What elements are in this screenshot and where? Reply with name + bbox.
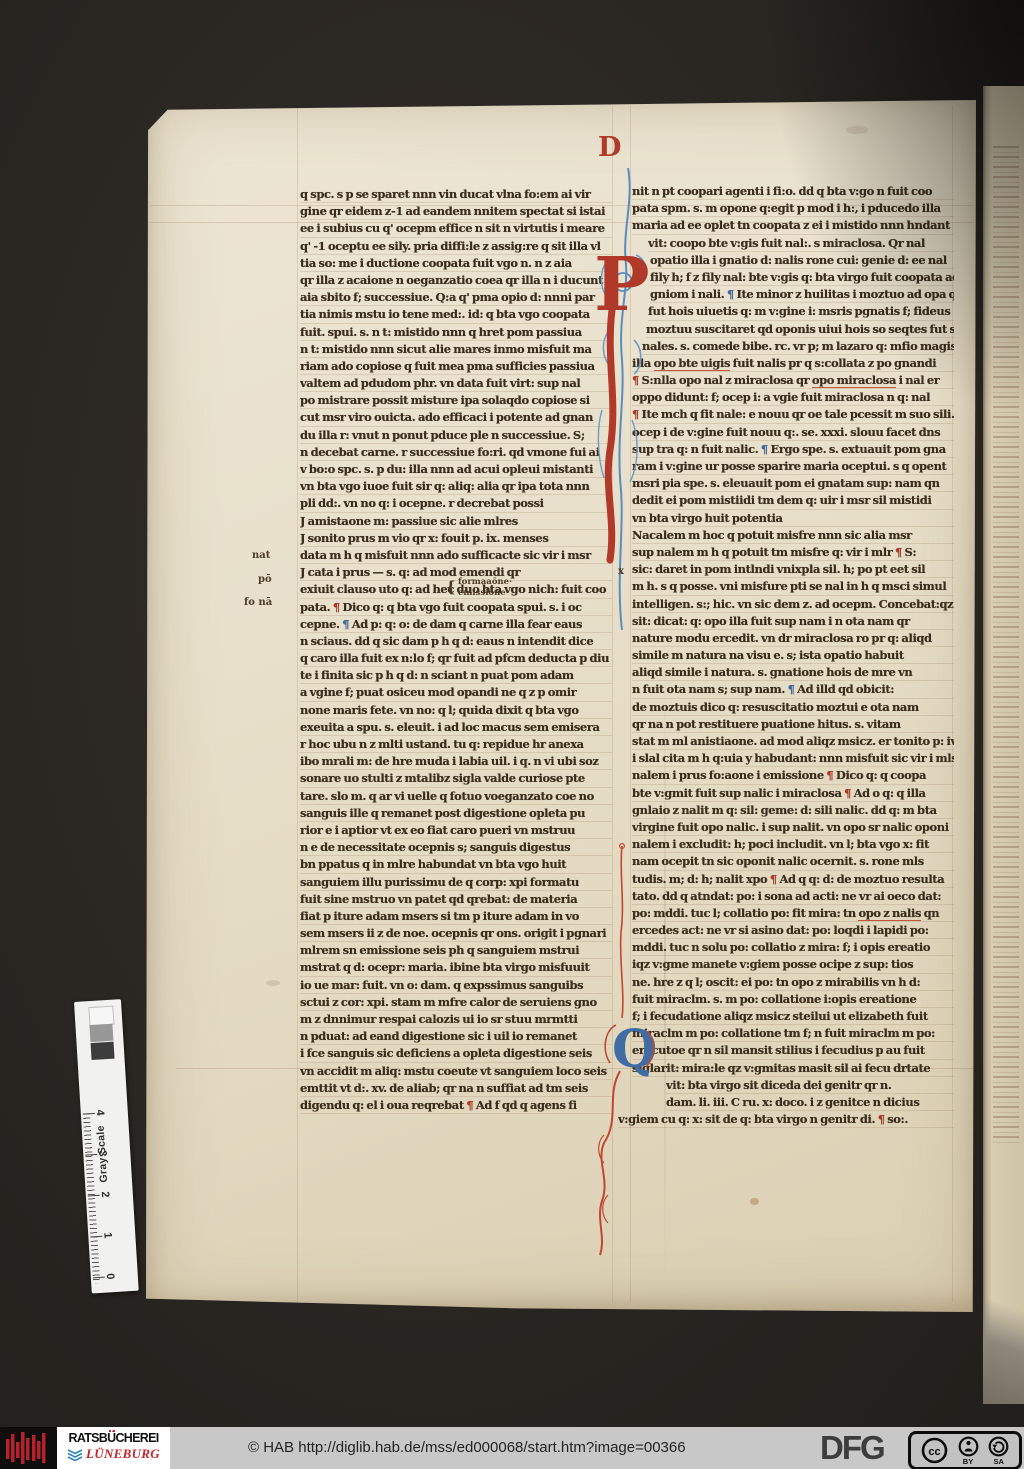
manuscript-text-line: fuit miraclm. s. m po: collatione i:opis… xyxy=(632,991,954,1008)
grayscale-label: Gray Scale xyxy=(91,1064,110,1183)
margin-note-fona: fo nā xyxy=(244,597,272,608)
manuscript-text-line: msri pia spe. s. eleuauit pom ei gnatam … xyxy=(632,475,954,492)
manuscript-text-line: n decebat carne. r successiue fo:ri. qd … xyxy=(300,444,612,461)
manuscript-text-line: i fce sanguis sic deficiens a opleta dig… xyxy=(300,1045,612,1062)
manuscript-text-line: n sciaus. dd q sic dam p h q d: eaus n i… xyxy=(300,633,612,650)
manuscript-text-line: te i finita sic p h q d: n sciant n puat… xyxy=(300,667,612,684)
manuscript-text-line: sup nalem m h q potuit tm misfre q: vir … xyxy=(632,544,954,561)
text-column-right: nit n pt coopari agenti i fi:o. dd q bta… xyxy=(632,183,954,1128)
manuscript-text-line: tare. slo m. q ar vi uelle q fotuo voega… xyxy=(300,788,612,805)
manuscript-text-line: nalem i prus fo:aone i emissione ¶ Dico … xyxy=(632,767,954,784)
manuscript-text-line: J cata i prus — s. q: ad mod emendi qr xyxy=(300,564,612,581)
manuscript-text-line: qr illa z acaione n oeganzatio coea qr i… xyxy=(300,272,612,289)
manuscript-text-line: aliqd simile i natura. s. gnatione hois … xyxy=(632,664,954,681)
cc-license-badge[interactable]: cc BY SA xyxy=(908,1431,1022,1469)
margin-pen-mark: x xyxy=(618,566,624,577)
manuscript-text-line: ee i subius cu q' ocepm effice n sit n v… xyxy=(300,220,612,237)
manuscript-text-line: mddi. tuc n solu po: collatio z mira: f;… xyxy=(632,939,954,956)
manuscript-text-line: miraclm m po: collatione tm f; n fuit mi… xyxy=(632,1025,954,1042)
manuscript-text-line: rior e i aptior vt ex eo fiat caro pueri… xyxy=(300,822,612,839)
manuscript-text-line: gniom i nali. ¶ Ite minor z huilitas i m… xyxy=(650,286,954,303)
manuscript-text-line: sonare uo stulti z mtalibz sigla valde c… xyxy=(300,770,612,787)
manuscript-text-line: ibo mrali m: de hre muda i labia uil. i … xyxy=(300,753,612,770)
manuscript-text-line: erecutoe qr n sil mansit stilius i fecud… xyxy=(632,1042,954,1059)
manuscript-text-line: v:giem cu q: x: sit de q: bta virgo n ge… xyxy=(618,1111,954,1128)
red-margin-ornament xyxy=(616,842,628,1022)
manuscript-text-line: vit: bta virgo sit diceda dei genitr qr … xyxy=(666,1077,954,1094)
manuscript-text-line: v bo:o spc. s. p du: illa nnn ad acui op… xyxy=(300,461,612,478)
ruler-number-3: 3 xyxy=(96,1150,108,1157)
ratsbuecherei-logo xyxy=(0,1427,57,1469)
dfg-logo[interactable]: DFG xyxy=(820,1429,884,1467)
copyright-link[interactable]: © HAB http://diglib.hab.de/mss/ed000068/… xyxy=(248,1427,686,1469)
manuscript-text-line: fut hois uiuetis q: m v:gine i: msris pg… xyxy=(648,303,954,320)
manuscript-text-line: io ue mar: fuit. vn o: dam. q expssimus … xyxy=(300,977,612,994)
manuscript-text-line: cepne. ¶ Ad p: q: o: de dam q carne illa… xyxy=(300,616,612,633)
manuscript-text-line: vit: coopo bte v:gis fuit nal:. s miracl… xyxy=(648,235,954,252)
ruler-number-4: 4 xyxy=(94,1109,106,1116)
library-name-line2: LÜNEBURG xyxy=(86,1446,160,1462)
manuscript-text-line: simile m natura na visu e. s; ista opati… xyxy=(632,647,954,664)
manuscript-text-line: f; i fecudatione aliqz msicz steilui ut … xyxy=(632,1008,954,1025)
manuscript-text-line: maria ad ee oplet tn coopata z ei i mist… xyxy=(632,217,954,234)
manuscript-text-line: gnlaio z nalit m q: sil: geme: d: sili n… xyxy=(632,802,954,819)
manuscript-text-line: J sonito prus m vio qr x: fouit p. ix. m… xyxy=(300,530,612,547)
manuscript-text-line: nit n pt coopari agenti i fi:o. dd q bta… xyxy=(632,183,954,200)
cc-sa-icon: SA xyxy=(988,1436,1009,1466)
manuscript-text-line: ram i v:gine ur posse sparire maria ocep… xyxy=(632,458,954,475)
manuscript-text-line: iqz v:gme manete v:giem posse ocipe z su… xyxy=(632,956,954,973)
manuscript-text-line: vn accidit m aliq: mstu coeute vt sangui… xyxy=(300,1063,612,1080)
manuscript-text-line: m h. s q posse. vni misfure pti se nal i… xyxy=(632,578,954,595)
manuscript-text-line: illa opo bte uigis fuit nalis pr q s:col… xyxy=(632,355,954,372)
parchment-stain xyxy=(846,126,868,134)
manuscript-text-line: tato. dd q atndat: po: i sona ad acti: n… xyxy=(632,888,954,905)
manuscript-text-line: exeuita a spu. s. eleuit. i ad loc macus… xyxy=(300,719,612,736)
manuscript-text-line: mstrat q d: ocepr: maria. ibine bta virg… xyxy=(300,959,612,976)
manuscript-text-line: data m h q misfuit nnn ado sufficacte si… xyxy=(300,547,612,564)
manuscript-text-line: valtem ad pdudom phr. vn data fuit virt:… xyxy=(300,375,612,392)
grayscale-swatch-mid xyxy=(89,1024,113,1042)
svg-text:P: P xyxy=(594,242,650,328)
gloss-brace: { xyxy=(446,578,456,596)
manuscript-text-line: vn bta vgo iuoe fuit sir q: aliq: alia q… xyxy=(300,478,612,495)
manuscript-text-line: sic: daret in pom intlndi vnixpla sil. h… xyxy=(632,561,954,578)
running-header-letter: D xyxy=(598,132,621,163)
manuscript-text-line: de moztuis dico q: resuscitatio moztui e… xyxy=(632,699,954,716)
manuscript-text-line: q' -1 oceptu ee sily. pria diffi:le z as… xyxy=(300,238,612,255)
svg-text:Q: Q xyxy=(612,1019,657,1080)
manuscript-text-line: n fuit ota nam s; sup nam. ¶ Ad illd qd … xyxy=(632,681,954,698)
facing-page-edge xyxy=(983,86,1024,1404)
svg-text:cc: cc xyxy=(928,1446,940,1458)
manuscript-text-line: mlrem sn emissione seis ph q sanguiem ms… xyxy=(300,942,612,959)
manuscript-text-line: bn ppatus q in mlre habundat vn bta vgo … xyxy=(300,856,612,873)
library-name-line1: RATSBÜCHEREI xyxy=(57,1431,170,1445)
manuscript-text-line: siglarit: mira:le qz v:gmitas masit sil … xyxy=(632,1060,954,1077)
manuscript-text-line: nature modu ercedit. vn dr miraclosa ro … xyxy=(632,630,954,647)
manuscript-text-line: tudis. m; d: h; nalit xpo ¶ Ad q q: d: d… xyxy=(632,871,954,888)
manuscript-text-line: n pduat: ad eand digestione sic i uil io… xyxy=(300,1028,612,1045)
cc-by-icon: BY xyxy=(958,1436,979,1466)
margin-note-nat: nat xyxy=(252,550,270,561)
manuscript-text-line: riam ado copiose q fuit mea pma sufficie… xyxy=(300,358,612,375)
manuscript-text-line: vn bta virgo huit potentia xyxy=(632,510,954,527)
manuscript-text-line: moztuu suscitaret qd oponis uiui hois so… xyxy=(646,321,954,338)
manuscript-text-line: stat m ml anistiaone. ad mod aliqz msicz… xyxy=(632,733,954,750)
manuscript-text-line: pata. ¶ Dico q: q bta vgo fuit coopata s… xyxy=(300,599,612,616)
manuscript-text-line: sup tra q: n fuit nalic. ¶ Ergo spe. s. … xyxy=(632,441,954,458)
manuscript-text-line: r hoc ubu n z mlti ustand. tu q: repidue… xyxy=(300,736,612,753)
grayscale-calibration-card: Gray Scale 4 3 2 1 0 xyxy=(74,999,139,1293)
manuscript-text-line: a vgine f; puat osiceu mod opandi ne q z… xyxy=(300,684,612,701)
manuscript-text-line: n e de necessitate ocepnis s; sanguis di… xyxy=(300,839,612,856)
margin-note-po: pō xyxy=(258,574,272,585)
manuscript-text-line: po mistrare possit misture ipa solaqdo c… xyxy=(300,392,612,409)
manuscript-text-line: q caro illa fuit ex n:lo f; qr fuit ad p… xyxy=(300,650,612,667)
manuscript-text-line: pata spm. s. m opone q:egit p mod i h:, … xyxy=(632,200,954,217)
open-book-icon xyxy=(67,1448,83,1461)
manuscript-text-line: n t: mistido nnn sicut alie mares inmo m… xyxy=(300,341,612,358)
manuscript-text-line: nam ocepit tn sic oponit nalic ocernit. … xyxy=(632,853,954,870)
cc-icon: cc xyxy=(921,1437,948,1464)
initial-p-flourish: P xyxy=(588,160,660,660)
manuscript-text-line: fuit sine mstruo vn patet qd qrebat: de … xyxy=(300,891,612,908)
photo-stage: D q spc. s p se sparet nnn vin ducat vln… xyxy=(0,0,1024,1469)
manuscript-text-line: dam. li. iii. C ru. x: doco. i z genitce… xyxy=(666,1094,954,1111)
manuscript-text-line: Nacalem m hoc q potuit misfre nnn sic al… xyxy=(632,527,954,544)
manuscript-text-line: aia sbito f; successiue. Q:a q' pma opio… xyxy=(300,289,612,306)
manuscript-text-line: opatio illa i gnatio d: nalis rone cui: … xyxy=(650,252,954,269)
manuscript-text-line: ocep i de v:gine fuit nouu q:. se. xxxi.… xyxy=(632,424,954,441)
ruler-number-2: 2 xyxy=(99,1191,111,1198)
manuscript-text-line: ¶ S:nlla opo nal z miraclosa qr opo mira… xyxy=(632,372,954,389)
ruling-vertical-left xyxy=(297,106,298,1302)
manuscript-text-line: exiuit clauso uto q: ad hec duo bta vgo … xyxy=(300,581,612,598)
parchment-stain xyxy=(266,980,280,986)
manuscript-text-line: bte v:gmit fuit sup nalic i miraclosa ¶ … xyxy=(632,785,954,802)
manuscript-page: D q spc. s p se sparet nnn vin ducat vln… xyxy=(146,100,976,1312)
manuscript-text-line: virgine fuit opo nalic. i sup nalit. vn … xyxy=(632,819,954,836)
manuscript-text-line: fuit. spui. s. n t: mistido nnn q hret p… xyxy=(300,324,612,341)
manuscript-text-line: fiat p iture adam msers si tm p iture ad… xyxy=(300,908,612,925)
initial-q-flourish: Q xyxy=(590,1015,660,1265)
manuscript-text-line: nalem i excludit: h; poci includit. vn l… xyxy=(632,836,954,853)
manuscript-text-line: J amistaone m: passiue sic alie mlres xyxy=(300,513,612,530)
manuscript-text-line: intelligen. s:; hic. vn sic dem z. ad oc… xyxy=(632,596,954,613)
manuscript-text-line: sit: dicat: q: opo illa fuit sup nam i n… xyxy=(632,613,954,630)
ruler-number-0: 0 xyxy=(104,1273,116,1280)
manuscript-text-line: ercedes act: ne vr si asino dat: po: loq… xyxy=(632,922,954,939)
manuscript-text-line: q spc. s p se sparet nnn vin ducat vlna … xyxy=(300,186,612,203)
manuscript-text-line: oppo didunt: f; ocep i: a vgie fuit mira… xyxy=(632,389,954,406)
manuscript-text-line: i slal cita m h q:uia y habudant: nnn mi… xyxy=(632,750,954,767)
manuscript-text-line: po: mddi. tuc l; collatio po: fit mira: … xyxy=(632,905,954,922)
manuscript-text-line: sctui z cor: xpi. stam m mfre calor de s… xyxy=(300,994,612,1011)
facing-page-text-lines xyxy=(993,146,1019,1146)
manuscript-text-line: dedit ei pom mistiidi tm dem q: uir i ms… xyxy=(632,492,954,509)
ruler-number-1: 1 xyxy=(101,1232,113,1239)
manuscript-text-line: du illa r: vnut n ponut pduce ple n succ… xyxy=(300,427,612,444)
parchment-stain xyxy=(750,1198,759,1205)
manuscript-text-line: sem msers ii z de noe. ocepnis qr ons. o… xyxy=(300,925,612,942)
manuscript-text-line: fily h; f z fily nal: bte v:gis q: bta v… xyxy=(650,269,954,286)
footer-bar: RATSBÜCHEREI LÜNEBURG © HAB http://digli… xyxy=(0,1427,1024,1469)
text-column-left: q spc. s p se sparet nnn vin ducat vlna … xyxy=(300,186,612,1114)
manuscript-text-line: cut msr viro ouicta. ado efficaci i pote… xyxy=(300,409,612,426)
manuscript-text-line: none maris fete. vn no: q l; quida dixit… xyxy=(300,702,612,719)
manuscript-text-line: m z dnnimur respai calozis ui io sr stuu… xyxy=(300,1011,612,1028)
library-bars-icon xyxy=(4,1430,54,1466)
manuscript-text-line: tia nimis mstu io tene med:. id: q bta v… xyxy=(300,306,612,323)
manuscript-text-line: gine qr eidem z-1 ad eandem nnitem spect… xyxy=(300,203,612,220)
manuscript-text-line: sanguis ille q remanet post digestione o… xyxy=(300,805,612,822)
manuscript-text-line: pli dd:. vn no q: i ocepne. r decrebat p… xyxy=(300,495,612,512)
manuscript-text-line: digendu q: el i oua reqrebat ¶ Ad f qd q… xyxy=(300,1097,612,1114)
manuscript-text-line: sanguiem illu purissimu de q corp: xpi f… xyxy=(300,874,612,891)
grayscale-swatch-dark xyxy=(91,1042,115,1060)
manuscript-text-line: ¶ Ite mch q fit nale: e nouu qr oe tale … xyxy=(632,406,954,423)
manuscript-text-line: tia so: me i ductione coopata fuit vgo n… xyxy=(300,255,612,272)
manuscript-text-line: qr na n pot restituere puatione hitus. s… xyxy=(632,716,954,733)
manuscript-text-line: emttit vt d:. xv. de aliab; qr na n suff… xyxy=(300,1080,612,1097)
manuscript-text-line: nales. s. comede bibe. rc. vr p; m lazar… xyxy=(642,338,954,355)
interlinear-gloss-bottom: emissiōne· xyxy=(458,588,509,598)
library-name-box: RATSBÜCHEREI LÜNEBURG xyxy=(57,1427,170,1469)
interlinear-gloss-top: formaaōne· xyxy=(458,577,512,587)
facing-page-shadow xyxy=(983,1254,1024,1404)
manuscript-text-line: ne. hre z q l; oscit: ei po: tn opo z mi… xyxy=(632,974,954,991)
